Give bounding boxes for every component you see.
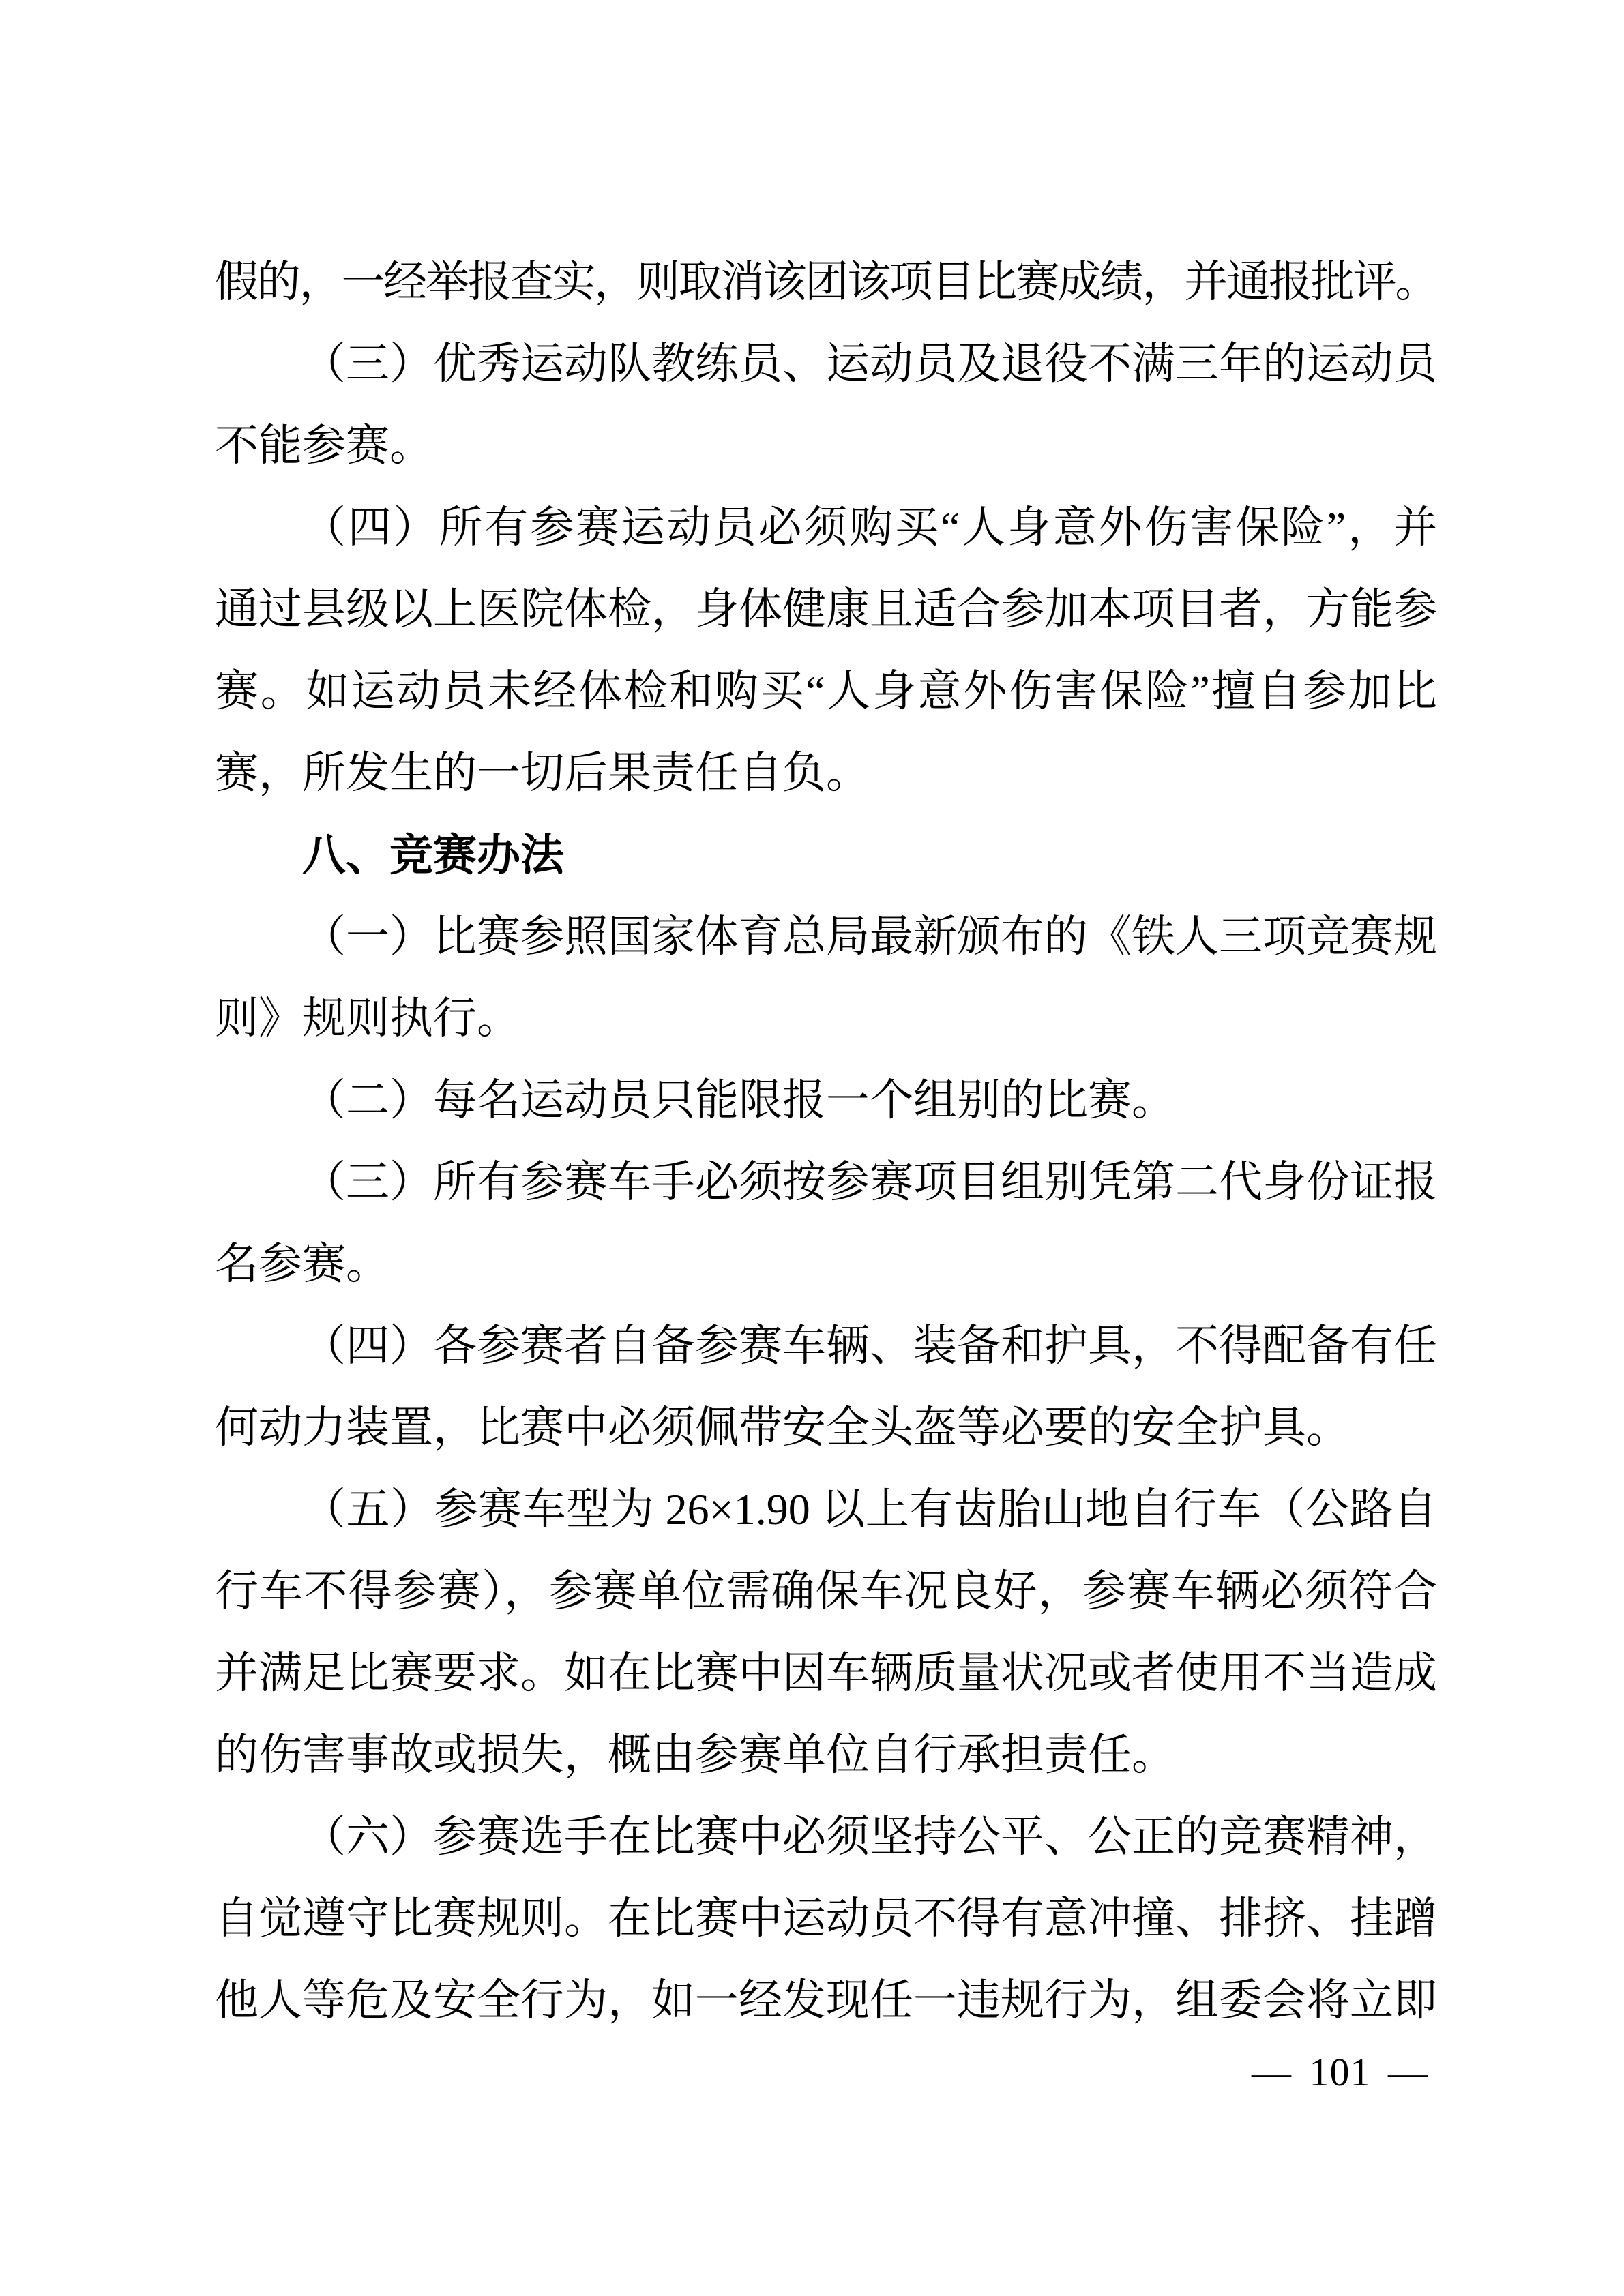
- text-line: 假的，一经举报查实，则取消该团该项目比赛成绩，并通报批评。: [215, 241, 1437, 323]
- text-line: 的伤害事故或损失，概由参赛单位自行承担责任。: [215, 1714, 1437, 1796]
- text-line: 何动力装置，比赛中必须佩带安全头盔等必要的安全护具。: [215, 1387, 1437, 1469]
- text-line: 通过县级以上医院体检，身体健康且适合参加本项目者，方能参: [215, 569, 1437, 651]
- text-line: （六）参赛选手在比赛中必须坚持公平、公正的竞赛精神，: [215, 1796, 1437, 1878]
- text-line: 名参赛。: [215, 1223, 1437, 1305]
- text-line: （五）参赛车型为 26×1.90 以上有齿胎山地自行车（公路自: [215, 1469, 1437, 1551]
- text-line: （四）各参赛者自备参赛车辆、装备和护具，不得配备有任: [215, 1305, 1437, 1387]
- text-line: （四）所有参赛运动员必须购买“人身意外伤害保险”，并: [215, 487, 1437, 569]
- text-line: 赛，所发生的一切后果责任自负。: [215, 732, 1437, 814]
- text-line: （二）每名运动员只能限报一个组别的比赛。: [215, 1060, 1437, 1142]
- document-body: 假的，一经举报查实，则取消该团该项目比赛成绩，并通报批评。（三）优秀运动队教练员…: [215, 241, 1437, 2042]
- text-line: 则》规则执行。: [215, 978, 1437, 1060]
- text-line: 自觉遵守比赛规则。在比赛中运动员不得有意冲撞、排挤、挂蹭: [215, 1878, 1437, 1960]
- text-line: 不能参赛。: [215, 405, 1437, 487]
- text-line: （一）比赛参照国家体育总局最新颁布的《铁人三项竞赛规: [215, 896, 1437, 978]
- text-line: 他人等危及安全行为，如一经发现任一违规行为，组委会将立即: [215, 1960, 1437, 2042]
- text-line: 赛。如运动员未经体检和购买“人身意外伤害保险”擅自参加比: [215, 651, 1437, 732]
- text-line: 并满足比赛要求。如在比赛中因车辆质量状况或者使用不当造成: [215, 1632, 1437, 1714]
- document-page: 假的，一经举报查实，则取消该团该项目比赛成绩，并通报批评。（三）优秀运动队教练员…: [0, 0, 1624, 2296]
- text-line: 行车不得参赛），参赛单位需确保车况良好，参赛车辆必须符合: [215, 1551, 1437, 1632]
- text-line: （三）所有参赛车手必须按参赛项目组别凭第二代身份证报: [215, 1142, 1437, 1223]
- page-number: — 101 —: [1252, 2047, 1428, 2098]
- section-heading: 八、竞赛办法: [215, 814, 1437, 896]
- text-line: （三）优秀运动队教练员、运动员及退役不满三年的运动员: [215, 323, 1437, 405]
